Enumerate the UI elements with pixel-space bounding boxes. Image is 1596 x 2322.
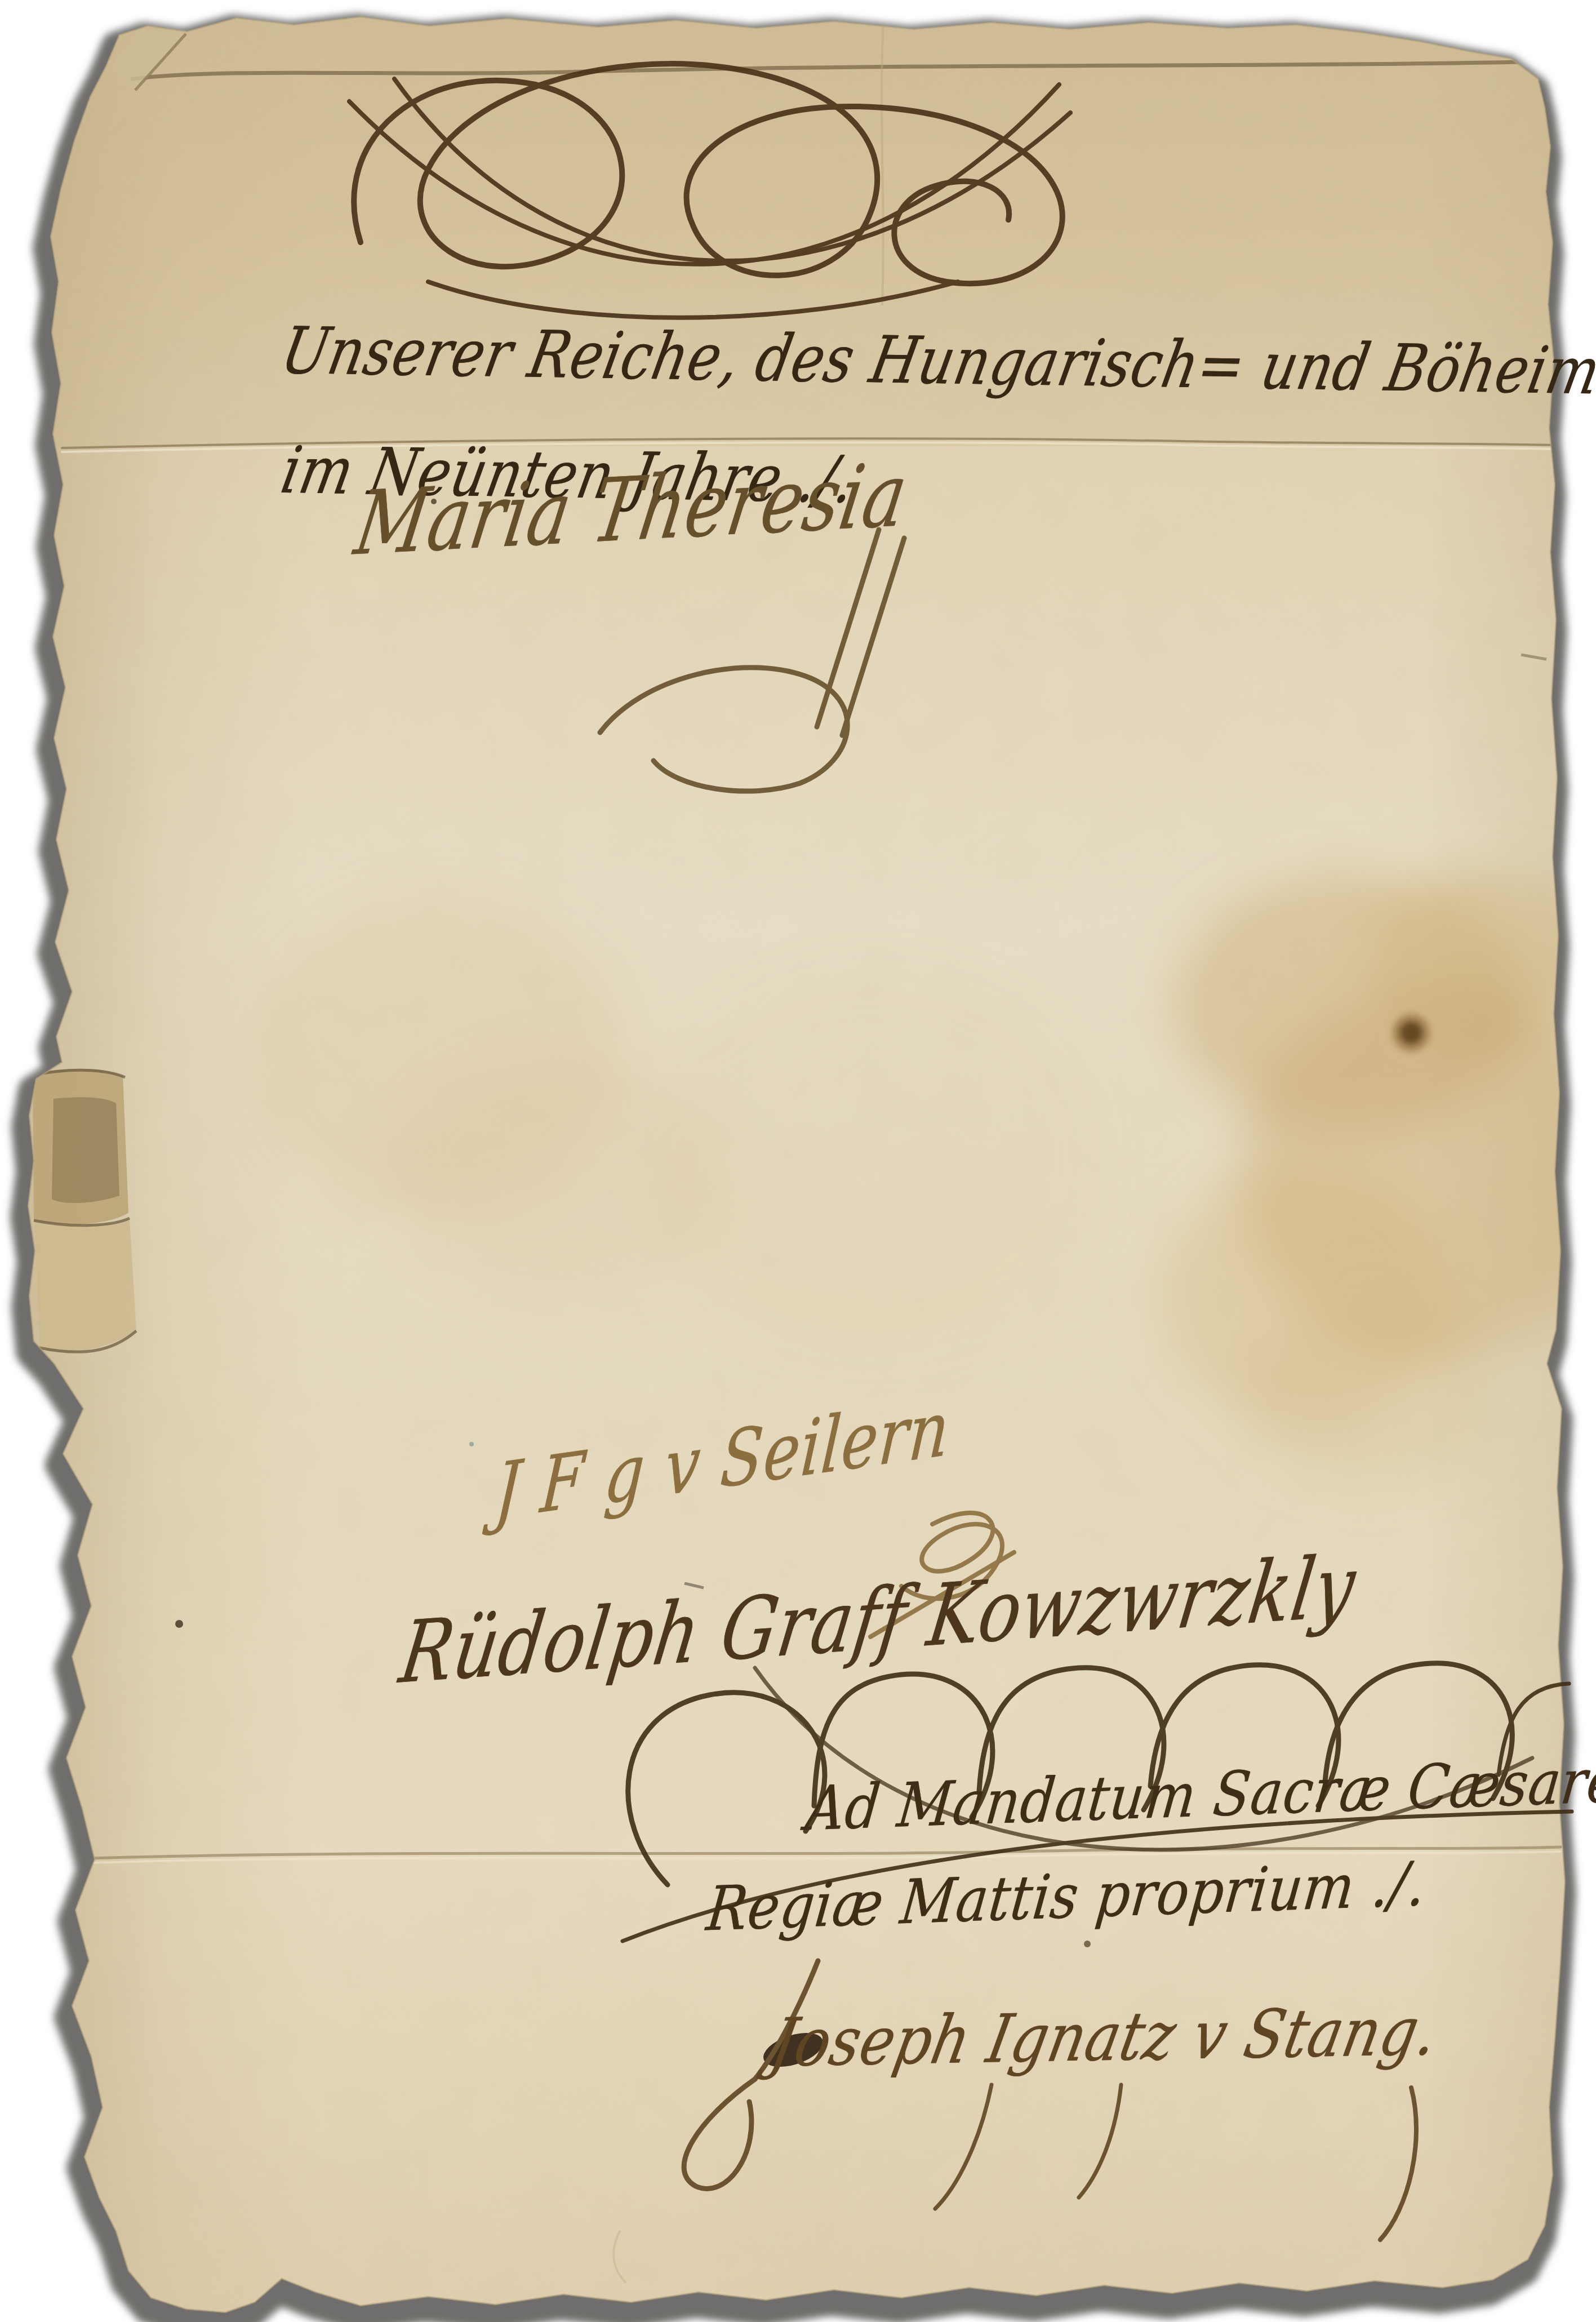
paper-surface <box>0 0 1596 2322</box>
ink-spot <box>1392 1014 1430 1052</box>
paper-sheet <box>0 0 1596 2322</box>
left-edge-tab-damage <box>33 1069 136 1352</box>
scanned-manuscript-page: Unserer Reiche, des Hungarisch= und Böhe… <box>0 0 1596 2322</box>
